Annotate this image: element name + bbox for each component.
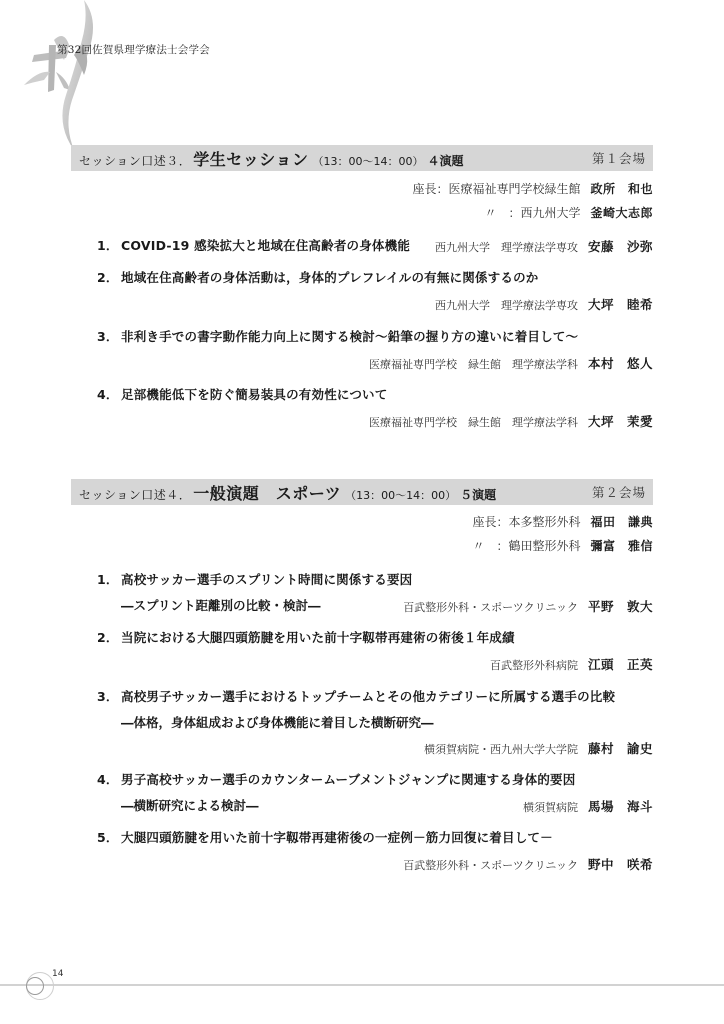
footer-rule: [0, 984, 724, 986]
presenter-affiliation: 横須賀病院: [523, 801, 578, 814]
presenter: 横須賀病院馬場 海斗: [523, 797, 653, 815]
presenter-affiliation: 百武整形外科病院: [490, 659, 578, 672]
chair-name: 彌富 雅信: [590, 539, 653, 553]
presenter-name: 大坪 睦希: [588, 297, 653, 312]
session-count: ５演題: [460, 486, 496, 503]
presenter: 医療福祉専門学校 緑生館 理学療法学科大坪 茉愛: [369, 412, 653, 430]
chair-name: 釜崎大志郎: [590, 206, 653, 220]
presenter-name: 本村 悠人: [588, 356, 653, 371]
presentation-title-text: 非利き手での書字動作能力向上に関する検討〜鉛筆の握り方の違いに着目して〜: [121, 329, 578, 344]
presentation-title-text: 高校サッカー選手のスプリント時間に関係する要因: [121, 572, 412, 587]
presentation-title: 3．非利き手での書字動作能力向上に関する検討〜鉛筆の握り方の違いに着目して〜: [97, 327, 578, 345]
presentation-number: 4．: [97, 385, 121, 403]
presentation-number: 1．: [97, 570, 121, 588]
session-time: （13：00〜14：00）: [345, 487, 456, 503]
session-venue: 第１会場: [592, 149, 646, 167]
presentation-number: 4．: [97, 770, 121, 788]
presenter-name: 藤村 諭史: [588, 741, 653, 756]
presentation-title: 2．地域在住高齢者の身体活動は，身体的プレフレイルの有無に関係するのか: [97, 268, 538, 286]
presenter-affiliation: 医療福祉専門学校 緑生館 理学療法学科: [369, 416, 578, 429]
presentation-number: 3．: [97, 327, 121, 345]
presentation-number: 3．: [97, 687, 121, 705]
chair-role: 〃 ：: [472, 539, 508, 553]
session-time: （13：00〜14：00）: [312, 153, 423, 169]
presenter: 百武整形外科・スポーツクリニック平野 敦大: [403, 597, 653, 615]
page-circle-inner-icon: [26, 977, 44, 995]
presenter-name: 平野 敦大: [588, 599, 653, 614]
presentation-title: 1．COVID-19 感染拡大と地域在住高齢者の身体機能: [97, 236, 410, 254]
presenter: 医療福祉専門学校 緑生館 理学療法学科本村 悠人: [369, 354, 653, 372]
presentation-title-text: COVID-19 感染拡大と地域在住高齢者の身体機能: [121, 238, 410, 253]
session-title: 学生セッション: [193, 147, 308, 170]
presentation-number: 5．: [97, 828, 121, 846]
chair-role: 座長：: [472, 515, 508, 529]
presenter-name: 安藤 沙弥: [588, 239, 653, 254]
presentation-title: 2．当院における大腿四頭筋腱を用いた前十字靱帯再建術の術後１年成績: [97, 628, 515, 646]
chair-name: 福田 謙典: [590, 515, 653, 529]
presentation-title: 4．男子高校サッカー選手のカウンタームーブメントジャンプに関連する身体的要因: [97, 770, 575, 788]
chair-affiliation: 西九州大学: [520, 206, 580, 220]
presenter-affiliation: 百武整形外科・スポーツクリニック: [403, 859, 578, 872]
presentation-title-text: 大腿四頭筋腱を用いた前十字靱帯再建術後の一症例－筋力回復に着目して－: [121, 830, 553, 845]
presenter-name: 野中 咲希: [588, 857, 653, 872]
chair-1: 座長：本多整形外科福田 謙典: [472, 513, 653, 530]
presenter: 横須賀病院・西九州大学大学院藤村 諭史: [424, 739, 653, 757]
chair-2: 〃 ：西九州大学釜崎大志郎: [484, 204, 653, 221]
presentation-title-text: 高校男子サッカー選手におけるトップチームとその他カテゴリーに所属する選手の比較: [121, 689, 615, 704]
chair-2: 〃 ：鶴田整形外科彌富 雅信: [472, 537, 653, 554]
conference-title: 第32回佐賀県理学療法士会学会: [57, 42, 210, 57]
presenter: 百武整形外科病院江頭 正英: [490, 655, 653, 673]
presenter-affiliation: 西九州大学 理学療法学専攻: [435, 241, 578, 254]
presentation-number: 2．: [97, 268, 121, 286]
session-label: セッション口述３．: [79, 152, 191, 169]
session-title: 一般演題 スポーツ: [193, 481, 341, 504]
session-venue: 第２会場: [592, 483, 646, 501]
page-number: 14: [52, 969, 63, 979]
presenter: 百武整形外科・スポーツクリニック野中 咲希: [403, 855, 653, 873]
session-header-3: セッション口述３． 学生セッション （13：00〜14：00） ４演題 第１会場: [71, 145, 653, 171]
presentation-subtitle: ―スプリント距離別の比較・検討―: [121, 596, 321, 614]
presentation-title-text: 足部機能低下を防ぐ簡易装具の有効性について: [121, 387, 387, 402]
presentation-title-text: 当院における大腿四頭筋腱を用いた前十字靱帯再建術の術後１年成績: [121, 630, 515, 645]
presenter-affiliation: 横須賀病院・西九州大学大学院: [424, 743, 578, 756]
presentation-title: 1．高校サッカー選手のスプリント時間に関係する要因: [97, 570, 412, 588]
chair-affiliation: 医療福祉専門学校緑生館: [448, 182, 580, 196]
presenter-name: 江頭 正英: [588, 657, 653, 672]
chair-affiliation: 鶴田整形外科: [508, 539, 580, 553]
presenter-affiliation: 西九州大学 理学療法学専攻: [435, 299, 578, 312]
presentation-subtitle: ―横断研究による検討―: [121, 796, 259, 814]
presenter-affiliation: 医療福祉専門学校 緑生館 理学療法学科: [369, 358, 578, 371]
presentation-title: 5．大腿四頭筋腱を用いた前十字靱帯再建術後の一症例－筋力回復に着目して－: [97, 828, 553, 846]
chair-role: 〃 ：: [484, 206, 520, 220]
presentation-number: 1．: [97, 236, 121, 254]
presentation-title-text: 男子高校サッカー選手のカウンタームーブメントジャンプに関連する身体的要因: [121, 772, 575, 787]
presentation-number: 2．: [97, 628, 121, 646]
chair-affiliation: 本多整形外科: [508, 515, 580, 529]
presenter: 西九州大学 理学療法学専攻安藤 沙弥: [435, 237, 653, 255]
session-count: ４演題: [427, 152, 463, 169]
presentation-title: 4．足部機能低下を防ぐ簡易装具の有効性について: [97, 385, 387, 403]
session-header-4: セッション口述４． 一般演題 スポーツ （13：00〜14：00） ５演題 第２…: [71, 479, 653, 505]
presenter-name: 馬場 海斗: [588, 799, 653, 814]
presenter-affiliation: 百武整形外科・スポーツクリニック: [403, 601, 578, 614]
presenter: 西九州大学 理学療法学専攻大坪 睦希: [435, 295, 653, 313]
chair-1: 座長：医療福祉専門学校緑生館政所 和也: [412, 180, 653, 197]
presentation-title-text: 地域在住高齢者の身体活動は，身体的プレフレイルの有無に関係するのか: [121, 270, 538, 285]
chair-role: 座長：: [412, 182, 448, 196]
presentation-title: 3．高校男子サッカー選手におけるトップチームとその他カテゴリーに所属する選手の比…: [97, 687, 615, 705]
conference-logo: [14, 0, 104, 150]
presentation-subtitle: ―体格，身体組成および身体機能に着目した横断研究―: [121, 713, 434, 731]
chair-name: 政所 和也: [590, 182, 653, 196]
presenter-name: 大坪 茉愛: [588, 414, 653, 429]
session-label: セッション口述４．: [79, 486, 191, 503]
